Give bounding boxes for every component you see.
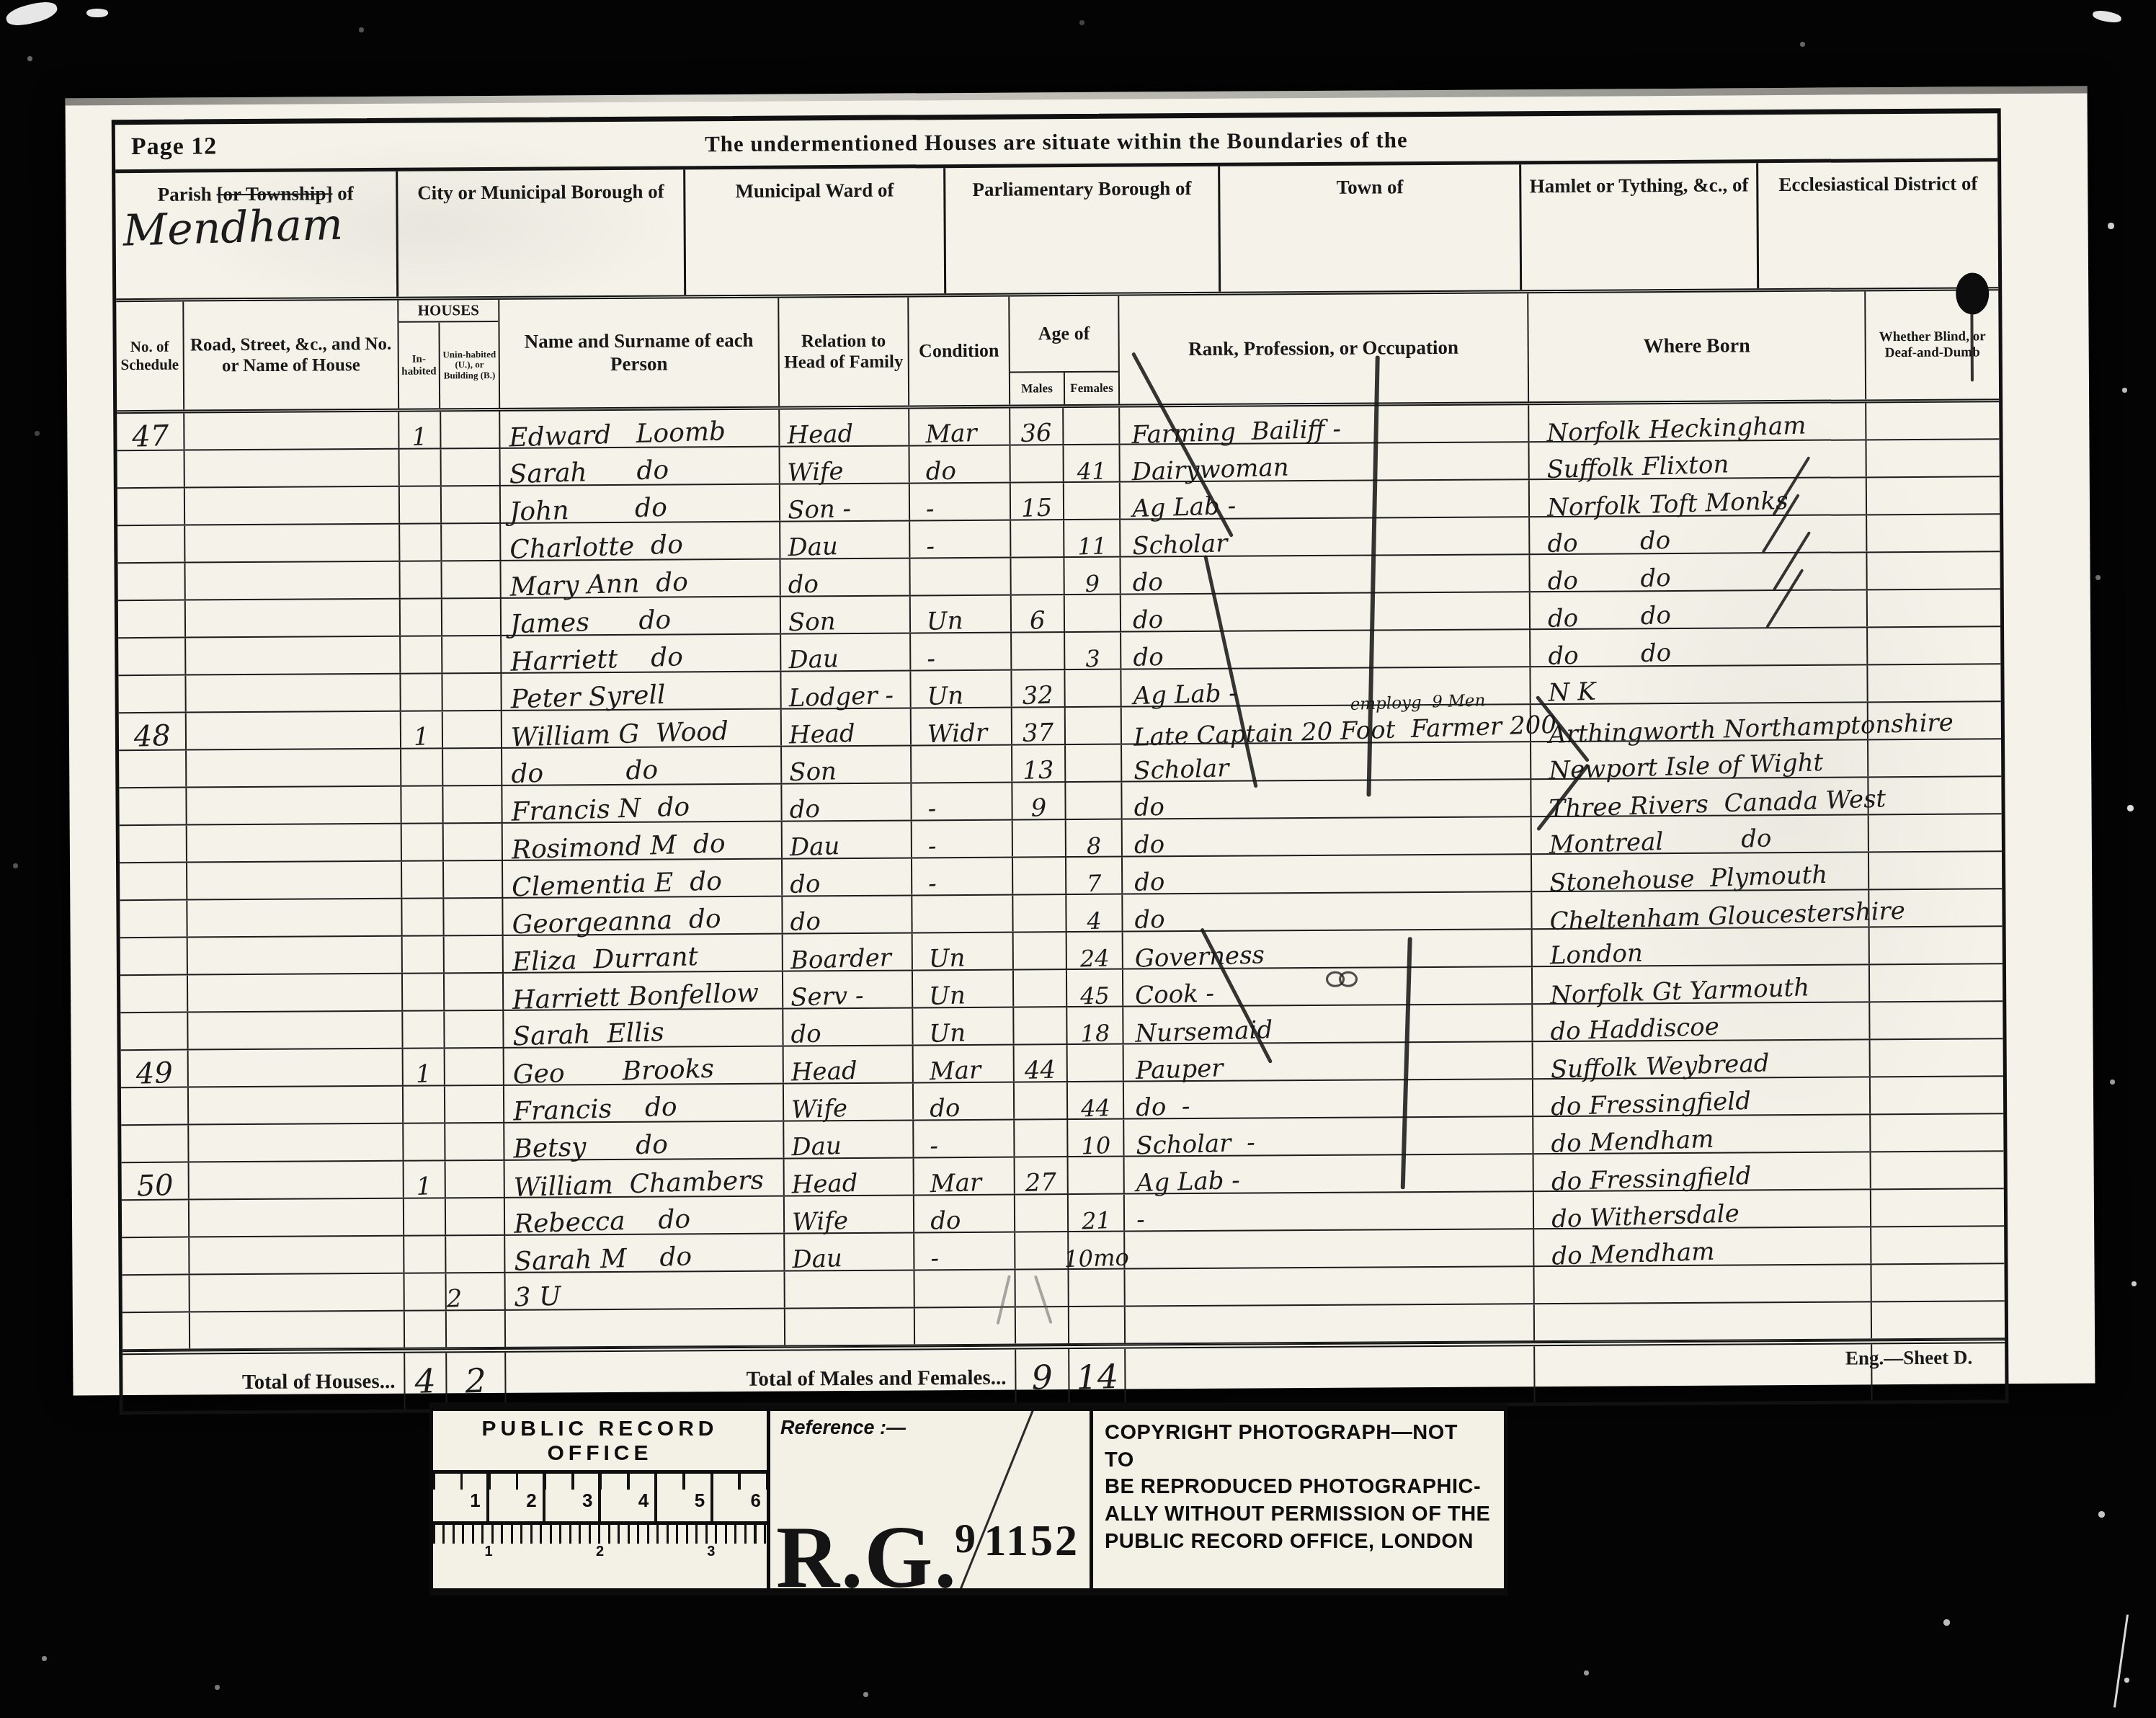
cell-relation xyxy=(785,1308,915,1345)
cell-relation: Head xyxy=(784,1046,914,1082)
cell-relation: Serv - xyxy=(783,971,913,1007)
cell-inh: 1 xyxy=(401,711,443,747)
cell-condition: Un xyxy=(913,933,1014,970)
cell-born: Arthingworth Northamptonshire xyxy=(1531,703,1868,741)
cell-road xyxy=(190,1199,404,1237)
cell-schedule xyxy=(117,564,185,600)
cell-name: William G Wood xyxy=(502,710,782,747)
cell-name: do do xyxy=(502,747,782,785)
totals-row: Total of Houses... 4 2 Total of Males an… xyxy=(122,1339,2005,1411)
cell-occupation: do xyxy=(1121,630,1531,668)
cell-blind xyxy=(1870,1002,2003,1038)
header-fields: Parish [or Township] ofMendhamCity or Mu… xyxy=(115,161,1998,302)
cell-age-f xyxy=(1069,1270,1125,1306)
col-header-occupation: Rank, Profession, or Occupation xyxy=(1119,293,1529,404)
cell-blind xyxy=(1868,664,2000,701)
cell-blind xyxy=(1867,515,2000,551)
cell-born: Norfolk Toft Monks xyxy=(1530,478,1867,516)
scan-artifact xyxy=(4,0,59,29)
cell-inh xyxy=(401,674,442,710)
header-field-label: Town of xyxy=(1220,164,1519,200)
cell-road xyxy=(187,787,401,824)
cell-name: 3 U xyxy=(505,1272,785,1309)
cell-uninh xyxy=(445,1123,504,1160)
cell-condition xyxy=(910,558,1011,595)
cell-born: do Fressingfield xyxy=(1533,1077,1871,1116)
cell-schedule xyxy=(122,1238,190,1275)
ink-blot xyxy=(1956,272,1989,314)
cell-road xyxy=(190,1312,405,1349)
cell-inh xyxy=(401,636,442,672)
ruler-major-scale: 123456 xyxy=(433,1470,767,1521)
cell-uninh xyxy=(442,486,501,523)
cell-uninh xyxy=(442,524,501,560)
cell-condition: - xyxy=(910,521,1011,558)
cell-age-m: 36 xyxy=(1010,408,1064,444)
cell-road xyxy=(189,1124,404,1162)
cell-age-f: 18 xyxy=(1067,1007,1123,1043)
cell-blind xyxy=(1868,627,2000,664)
cell-age-m: 9 xyxy=(1012,783,1066,819)
cell-schedule xyxy=(119,788,187,825)
header-field-value xyxy=(398,200,684,268)
cell-born: do Haddiscoe xyxy=(1533,1002,1870,1041)
cell-uninh: 2 xyxy=(447,1273,506,1310)
cell-relation: Son xyxy=(782,746,912,783)
cell-condition: Mar xyxy=(914,1046,1015,1082)
cell-uninh xyxy=(445,1049,504,1085)
cell-born: do do xyxy=(1530,553,1867,591)
cell-name: Peter Syrell xyxy=(502,672,781,710)
cell-road xyxy=(185,450,400,487)
cell-inh xyxy=(405,1273,447,1309)
stamp-copyright-section: COPYRIGHT PHOTOGRAPH—NOT TO BE REPRODUCE… xyxy=(1093,1411,1504,1588)
cell-born: Stonehouse Plymouth xyxy=(1532,853,1869,891)
cell-name: Rebecca do xyxy=(505,1197,785,1234)
stamp-ruler-section: PUBLIC RECORD OFFICE 123456 123 xyxy=(433,1411,770,1588)
cell-condition: Widr xyxy=(912,708,1012,745)
cell-born: Cheltenham Gloucestershire xyxy=(1532,890,1869,928)
cell-age-m xyxy=(1011,558,1064,594)
cell-blind xyxy=(1869,852,2002,889)
cell-occupation: do - xyxy=(1124,1080,1533,1118)
cell-age-f: 7 xyxy=(1066,858,1123,894)
scan-artifact xyxy=(86,9,108,17)
cell-name: Francis do xyxy=(504,1085,784,1122)
cell-schedule: 50 xyxy=(122,1163,190,1200)
cell-uninh xyxy=(444,824,503,860)
cell-uninh xyxy=(445,1011,504,1048)
cell-condition xyxy=(914,1270,1015,1307)
header-field-value xyxy=(1221,195,1520,264)
cell-name: Sarah do xyxy=(501,448,780,485)
cell-condition: do xyxy=(909,446,1010,483)
cell-road xyxy=(190,1274,405,1312)
cell-relation: Boarder xyxy=(783,933,913,970)
col-header-schedule: No. of Schedule xyxy=(116,302,184,411)
cell-relation: Head xyxy=(782,708,912,745)
cell-age-m xyxy=(1014,970,1067,1006)
cell-blind xyxy=(1869,889,2002,926)
cell-blind xyxy=(1868,739,2001,776)
cell-road xyxy=(186,600,401,637)
cell-age-m xyxy=(1015,1082,1068,1118)
cell-relation: Wife xyxy=(780,446,910,483)
cell-relation: Head xyxy=(785,1158,914,1195)
cell-uninh xyxy=(442,674,502,711)
cell-occupation: Scholar - xyxy=(1124,1117,1533,1155)
cell-schedule xyxy=(118,638,186,675)
cell-born: London xyxy=(1533,927,1870,966)
cell-age-m xyxy=(1010,445,1064,481)
cell-age-m: 6 xyxy=(1012,595,1065,631)
cell-blind xyxy=(1867,552,2000,589)
cell-inh xyxy=(401,786,443,822)
cell-relation: do xyxy=(783,858,912,895)
cell-name: Georgeanna do xyxy=(503,897,783,935)
cell-uninh xyxy=(445,974,504,1010)
cell-uninh xyxy=(444,861,503,898)
cell-age-m: 15 xyxy=(1011,483,1064,519)
cell-blind xyxy=(1868,589,2000,626)
col-header-uninhabited: Unin-habited (U.), or Building (B.) xyxy=(440,322,499,408)
cell-relation xyxy=(785,1270,914,1307)
header-field-value xyxy=(1522,194,1758,262)
cell-road xyxy=(189,1049,404,1087)
cell-age-m: 27 xyxy=(1015,1157,1069,1193)
cell-schedule xyxy=(121,1126,189,1162)
header-field-value xyxy=(1759,192,1998,260)
cell-inh xyxy=(400,486,442,522)
cell-occupation: Scholar xyxy=(1121,517,1530,556)
col-header-relation: Relation to Head of Family xyxy=(779,297,909,406)
cell-occupation: - xyxy=(1125,1192,1534,1230)
cell-age-f: 45 xyxy=(1067,970,1123,1006)
cell-occupation: employg 9 MenLate Captain 20 Foot Farmer… xyxy=(1122,705,1531,743)
cell-road xyxy=(185,525,400,562)
cell-born xyxy=(1535,1302,1872,1340)
cell-name: Harriett Bonfellow xyxy=(504,972,783,1010)
cell-name: Edward Loomb xyxy=(500,410,780,448)
cell-age-f: 44 xyxy=(1068,1082,1124,1118)
cell-inh xyxy=(402,824,444,860)
header-field-value xyxy=(945,197,1219,264)
cell-uninh xyxy=(446,1161,505,1198)
cell-born: Suffolk Flixton xyxy=(1529,440,1866,479)
cell-relation: Dau xyxy=(785,1233,914,1270)
cell-occupation: Farming Bailiff - xyxy=(1120,405,1529,443)
cell-schedule xyxy=(118,676,186,713)
cell-schedule xyxy=(117,451,185,488)
cell-occupation: do xyxy=(1122,780,1531,818)
total-males-females-label: Total of Males and Females... xyxy=(506,1350,1016,1409)
cell-born xyxy=(1534,1265,1871,1303)
cell-condition: Un xyxy=(911,671,1012,708)
reference-series: R.G. xyxy=(776,1521,958,1588)
cell-inh: 1 xyxy=(404,1161,446,1197)
cell-blind xyxy=(1871,1039,2003,1076)
cell-age-f xyxy=(1069,1307,1126,1343)
cell-name: Sarah Ellis xyxy=(504,1010,783,1047)
header-field: City or Municipal Borough of xyxy=(398,169,687,296)
cell-age-f xyxy=(1065,595,1121,631)
cell-occupation: Governess xyxy=(1123,930,1533,968)
cell-occupation: do xyxy=(1123,855,1532,893)
cell-uninh xyxy=(446,1236,505,1273)
cell-condition: - xyxy=(914,1233,1015,1270)
cell-age-f: 24 xyxy=(1067,933,1123,969)
header-field: Hamlet or Tything, &c., of xyxy=(1521,163,1759,290)
cell-uninh xyxy=(447,1311,506,1348)
cell-condition: do xyxy=(914,1083,1015,1120)
cell-blind xyxy=(1871,1077,2003,1113)
header-field: Municipal Ward of xyxy=(686,168,947,295)
col-header-age-label: Age of xyxy=(1010,296,1118,372)
cell-name: Harriett do xyxy=(502,635,781,672)
cell-age-m xyxy=(1013,895,1066,931)
cell-occupation: Pauper xyxy=(1124,1042,1533,1080)
cell-born: do do xyxy=(1530,515,1867,553)
form-frame: Page 12 The undermentioned Houses are si… xyxy=(112,108,2009,1415)
cell-born: Norfolk Heckingham xyxy=(1529,403,1866,441)
cell-age-m xyxy=(1013,820,1066,856)
cell-schedule xyxy=(117,526,185,563)
cell-blind xyxy=(1871,1264,2004,1301)
cell-road xyxy=(186,675,401,712)
cell-born: do do xyxy=(1531,590,1868,628)
sheet-note: Eng.—Sheet D. xyxy=(1845,1346,1972,1369)
cell-age-m xyxy=(1015,1232,1069,1268)
cell-age-f: 10mo xyxy=(1069,1232,1125,1268)
cell-born: do Mendham xyxy=(1533,1115,1871,1153)
totals-empty-occupation xyxy=(1126,1346,1535,1405)
cell-inh xyxy=(401,599,442,635)
cell-road xyxy=(187,749,401,787)
cell-condition: - xyxy=(912,821,1013,858)
cell-schedule xyxy=(122,1313,190,1350)
col-header-name: Name and Surname of each Person xyxy=(499,298,780,408)
col-header-condition: Condition xyxy=(909,297,1010,406)
cell-age-m: 37 xyxy=(1012,708,1066,744)
cell-road xyxy=(188,1012,403,1049)
table-body: 471Edward LoombHeadMar36Farming Bailiff … xyxy=(117,402,2005,1350)
cell-occupation: Dairywoman xyxy=(1120,442,1529,481)
col-header-males: Males xyxy=(1010,373,1064,404)
cell-blind xyxy=(1870,964,2003,1001)
cell-uninh xyxy=(442,561,501,597)
cell-blind xyxy=(1866,440,1999,476)
col-header-road: Road, Street, &c., and No. or Name of Ho… xyxy=(184,301,399,410)
cell-condition: do xyxy=(914,1196,1015,1232)
scan-noise-specks xyxy=(0,0,2,2)
cell-name: Mary Ann do xyxy=(501,560,780,597)
cell-occupation: do xyxy=(1123,892,1532,930)
cell-uninh xyxy=(445,936,504,973)
cell-condition xyxy=(912,896,1013,933)
cell-relation: Son xyxy=(781,596,911,633)
total-houses-label: Total of Houses... xyxy=(122,1353,405,1411)
totals-empty-born xyxy=(1535,1344,1872,1402)
cell-condition: Un xyxy=(913,1008,1014,1045)
cell-name: William Chambers xyxy=(505,1160,785,1197)
cell-road xyxy=(185,487,400,525)
ruler-minor-scale: 123 xyxy=(433,1521,767,1588)
cell-name: Eliza Durrant xyxy=(504,935,783,972)
cell-schedule xyxy=(119,751,187,788)
cell-condition: Mar xyxy=(914,1158,1015,1195)
cell-uninh xyxy=(443,749,502,785)
cell-schedule xyxy=(120,863,187,900)
cell-occupation: do xyxy=(1123,817,1532,855)
cell-relation: Wife xyxy=(784,1083,914,1120)
cell-age-f: 10 xyxy=(1068,1120,1124,1156)
cell-road xyxy=(187,899,402,937)
cell-relation: Son - xyxy=(780,484,910,520)
cell-schedule xyxy=(121,1088,189,1125)
cell-age-f xyxy=(1066,783,1122,819)
cell-road xyxy=(189,1087,404,1124)
cell-relation: do xyxy=(780,558,910,595)
cell-blind xyxy=(1868,702,2001,739)
header-field-label: Municipal Ward of xyxy=(686,168,944,203)
table-header: No. of Schedule Road, Street, &c., and N… xyxy=(116,290,1999,414)
col-header-females: Females xyxy=(1064,373,1118,404)
cell-name: Francis N do xyxy=(502,785,782,822)
cell-occupation xyxy=(1125,1229,1534,1268)
cell-road xyxy=(187,712,401,749)
cell-inh xyxy=(400,561,442,597)
cell-age-f xyxy=(1069,1157,1125,1193)
cell-road xyxy=(190,1162,404,1199)
cell-occupation: Ag Lab - xyxy=(1125,1154,1534,1193)
cell-age-m xyxy=(1016,1307,1069,1343)
cell-age-m xyxy=(1015,1120,1068,1156)
cell-schedule: 48 xyxy=(119,713,187,750)
col-header-inhabited: In-habited xyxy=(398,322,440,408)
cell-born: do do xyxy=(1531,628,1868,666)
cell-schedule xyxy=(120,976,188,1012)
reference-item: 1152 xyxy=(984,1516,1079,1567)
cell-blind xyxy=(1871,1189,2004,1226)
cell-born: Montreal do xyxy=(1532,815,1869,853)
col-header-houses: HOUSES In-habited Unin-habited (U.), or … xyxy=(398,300,500,409)
cell-condition: - xyxy=(912,783,1012,820)
header-field-value xyxy=(686,199,944,267)
header-field: Ecclesiastical District of xyxy=(1758,161,1998,288)
cell-blind xyxy=(1868,777,2001,814)
cell-age-m xyxy=(1013,858,1066,894)
cell-age-f xyxy=(1065,670,1121,706)
cell-uninh xyxy=(443,711,502,747)
header-field: Parliamentary Borough of xyxy=(945,166,1221,293)
cell-age-f xyxy=(1066,745,1122,781)
cell-relation: Wife xyxy=(785,1196,914,1232)
cell-uninh xyxy=(445,1086,504,1123)
cell-inh xyxy=(400,449,442,485)
cell-born: do Mendham xyxy=(1534,1227,1871,1265)
cell-relation: do xyxy=(783,896,912,933)
cell-age-m: 13 xyxy=(1012,745,1066,781)
cell-condition: - xyxy=(911,633,1012,670)
cell-occupation: Scholar xyxy=(1122,742,1531,780)
cell-road xyxy=(188,937,403,974)
ink-blot-stem xyxy=(1970,313,1974,381)
cell-inh xyxy=(400,524,442,560)
cell-blind xyxy=(1872,1301,2005,1338)
cell-inh xyxy=(402,861,444,897)
cell-inh xyxy=(403,936,445,972)
scan-artifact xyxy=(2113,1614,2129,1707)
census-page: Page 12 The undermentioned Houses are si… xyxy=(66,86,2095,1395)
cell-schedule xyxy=(122,1276,190,1312)
cell-age-m xyxy=(1014,1007,1067,1043)
cell-age-m xyxy=(1014,933,1067,969)
cell-schedule xyxy=(117,489,185,525)
copyright-notice: COPYRIGHT PHOTOGRAPH—NOT TO BE REPRODUCE… xyxy=(1105,1420,1492,1555)
cell-road xyxy=(190,1237,404,1274)
cell-road xyxy=(187,862,402,899)
cell-name: Sarah M do xyxy=(505,1234,785,1272)
cell-born: do Fressingfield xyxy=(1534,1152,1871,1190)
cell-born: Three Rivers Canada West xyxy=(1531,778,1868,816)
cell-blind xyxy=(1871,1227,2004,1263)
cell-inh xyxy=(401,749,443,785)
cell-age-m xyxy=(1012,633,1065,669)
cell-relation: do xyxy=(782,783,912,820)
cell-relation: do xyxy=(783,1008,913,1045)
cell-road xyxy=(187,824,402,862)
cell-condition: - xyxy=(910,484,1011,520)
cell-age-f: 8 xyxy=(1066,820,1123,856)
cell-occupation: Nursemaid xyxy=(1123,1005,1533,1043)
scan-artifact xyxy=(2092,9,2122,25)
cell-road xyxy=(186,637,401,675)
cell-condition: - xyxy=(912,858,1013,895)
cell-schedule: 47 xyxy=(117,414,184,450)
header-field: Town of xyxy=(1220,164,1522,292)
total-males: 9 xyxy=(1016,1349,1069,1405)
cell-blind xyxy=(1867,477,2000,514)
cell-inh: 1 xyxy=(399,411,441,448)
cell-uninh xyxy=(444,899,503,935)
cell-road xyxy=(185,562,400,600)
col-header-age: Age of Males Females xyxy=(1010,296,1120,405)
total-houses-uninhabited: 2 xyxy=(447,1353,506,1409)
cell-age-m xyxy=(1011,520,1064,556)
cell-name: Clementia E do xyxy=(503,860,783,897)
ink-scribble xyxy=(1339,971,1358,987)
col-header-born: Where Born xyxy=(1528,291,1866,401)
header-field-label: Hamlet or Tything, &c., of xyxy=(1521,163,1756,197)
cell-inh xyxy=(404,1123,445,1160)
cell-age-f: 9 xyxy=(1064,558,1121,594)
cell-age-f xyxy=(1064,483,1121,519)
cell-age-f: 41 xyxy=(1064,445,1120,481)
stamp-reference-section: Reference :— R.G. 9 1152 xyxy=(770,1411,1093,1588)
cell-inh xyxy=(403,1011,445,1047)
reference-label: Reference :— xyxy=(780,1417,906,1439)
cell-relation: Dau xyxy=(783,821,912,858)
cell-age-f xyxy=(1068,1045,1124,1081)
cell-age-m: 32 xyxy=(1012,670,1065,706)
cell-relation: Head xyxy=(780,409,909,445)
cell-name: Betsy do xyxy=(504,1122,784,1160)
cell-schedule xyxy=(122,1201,190,1237)
cell-occupation: Ag Lab - xyxy=(1121,480,1530,518)
cell-age-m: 44 xyxy=(1015,1045,1068,1081)
cell-inh xyxy=(402,899,444,935)
cell-occupation xyxy=(1126,1304,1535,1343)
